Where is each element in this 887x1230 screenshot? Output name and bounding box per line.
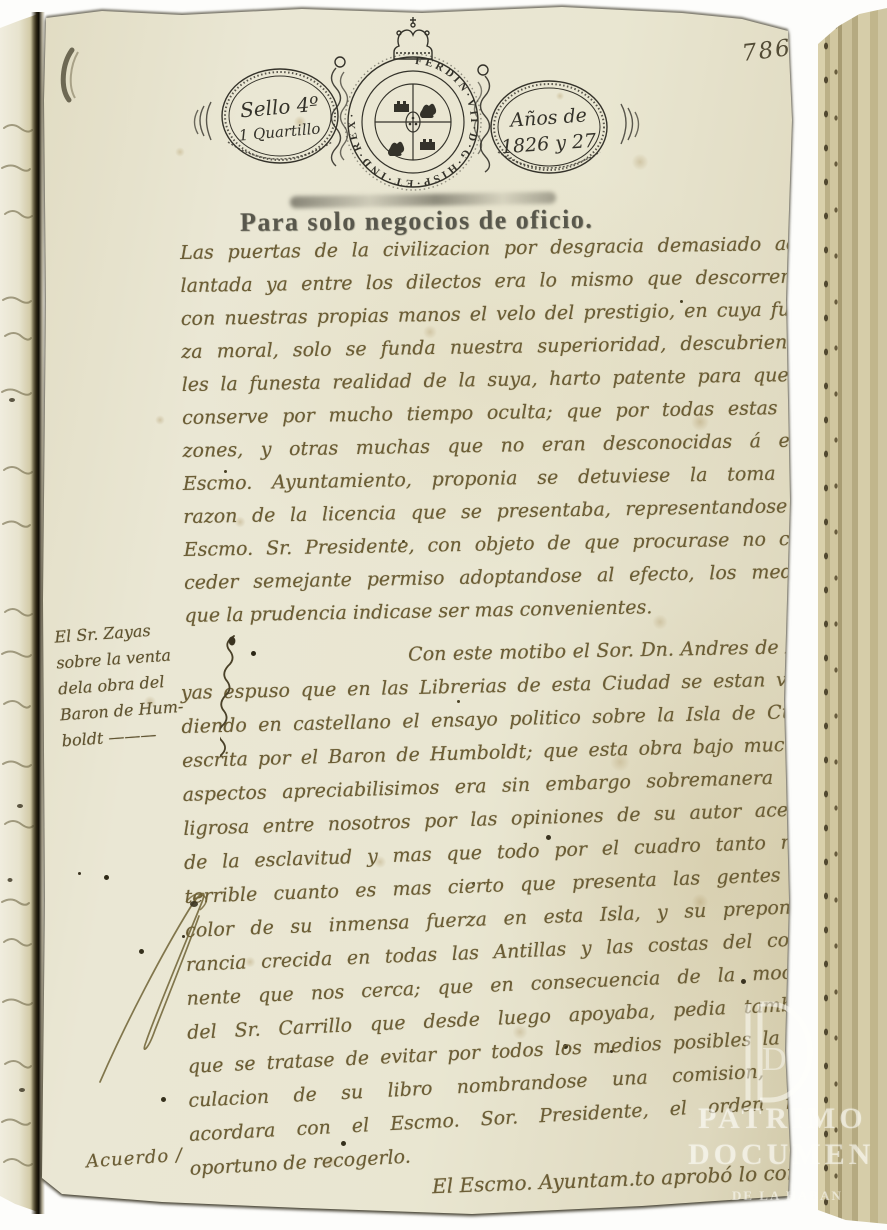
margin-note-zayas: El Sr. Zayassobre la ventadela obra delB… <box>54 616 191 755</box>
folio-number: 786 <box>741 35 794 67</box>
manuscript-paragraph-1: Las puertas de la civilizacion por desgr… <box>180 234 821 638</box>
stamped-heading: Para solo negocios de oficio. <box>240 204 670 238</box>
margin-note-acuerdo: Acuerdo / <box>85 1145 183 1173</box>
seal-left-line2: 1 Quartillo <box>238 119 321 144</box>
ink-specks <box>42 0 45 3</box>
corner-curl-mark <box>52 40 122 170</box>
seal-right-line1: Años de <box>508 104 588 131</box>
manuscript-page: 786 <box>42 0 830 1230</box>
royal-tax-stamp-seal: FERDIN·VII·D·G·HISP·ET·IND·REX· Sello 4º… <box>190 10 648 192</box>
manuscript-paragraph-2: Con este motibo el Sor. Dn. Andres de Za… <box>180 636 826 1192</box>
manuscript-photo: 786 <box>0 0 887 1230</box>
seal-left-line1: Sello 4º <box>239 92 320 123</box>
page-wrap: 786 <box>0 0 887 1230</box>
seal-right-line2: 1826 y 27 <box>500 130 598 159</box>
